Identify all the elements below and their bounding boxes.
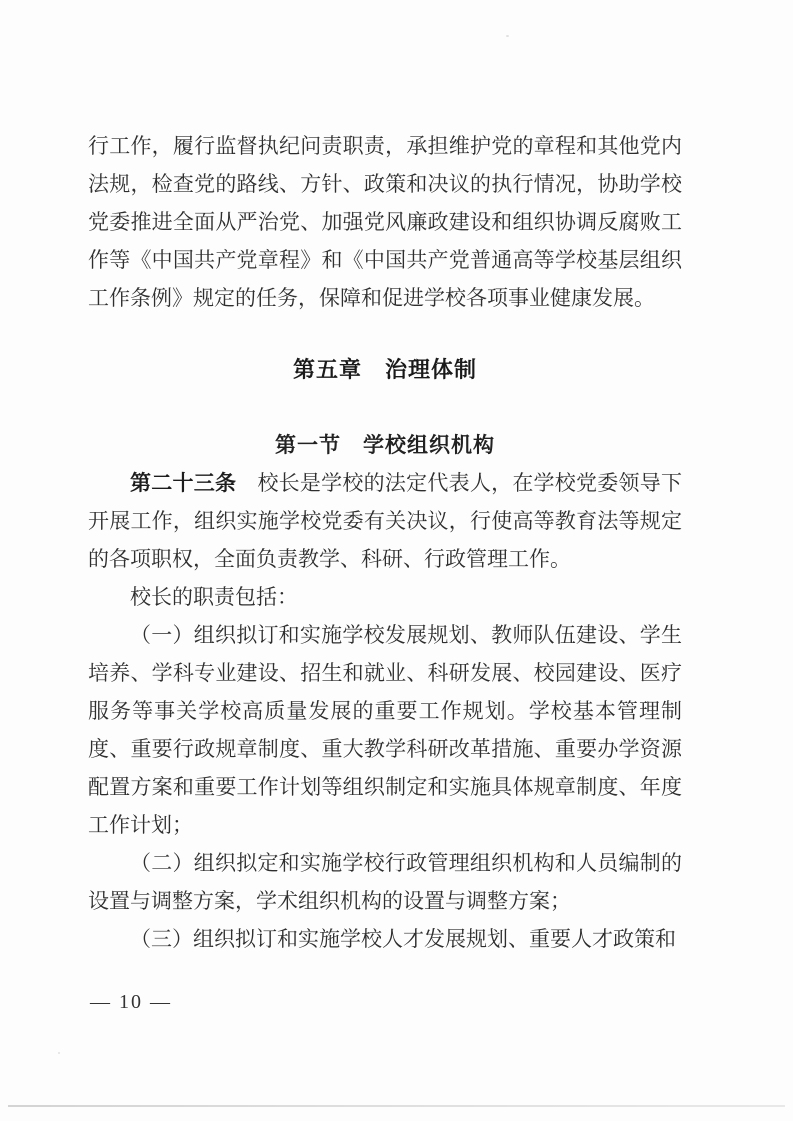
paragraph-continuation: 行工作，履行监督执纪问责职责，承担维护党的章程和其他党内法规，检查党的路线、方针…: [88, 127, 682, 317]
scanned-document-page: 行工作，履行监督执纪问责职责，承担维护党的章程和其他党内法规，检查党的路线、方针…: [0, 0, 793, 1121]
page-number: — 10 —: [90, 988, 172, 1016]
scan-artifact-line: [8, 1105, 785, 1107]
article-number: 第二十三条: [130, 471, 236, 495]
duties-intro: 校长的职责包括：: [88, 578, 682, 616]
article-23-paragraph: 第二十三条 校长是学校的法定代表人，在学校党委领导下开展工作，组织实施学校党委有…: [88, 464, 682, 578]
section-heading: 第一节 学校组织机构: [88, 426, 682, 464]
scan-speck: [506, 35, 509, 37]
duty-item-2: （二）组织拟定和实施学校行政管理组织机构和人员编制的设置与调整方案，学术组织机构…: [88, 844, 682, 920]
duty-item-1: （一）组织拟订和实施学校发展规划、教师队伍建设、学生培养、学科专业建设、招生和就…: [88, 616, 682, 844]
duty-item-3: （三）组织拟订和实施学校人才发展规划、重要人才政策和: [88, 920, 682, 958]
chapter-heading: 第五章 治理体制: [88, 351, 682, 389]
scan-speck: [58, 1052, 60, 1054]
document-body: 行工作，履行监督执纪问责职责，承担维护党的章程和其他党内法规，检查党的路线、方针…: [88, 127, 682, 958]
